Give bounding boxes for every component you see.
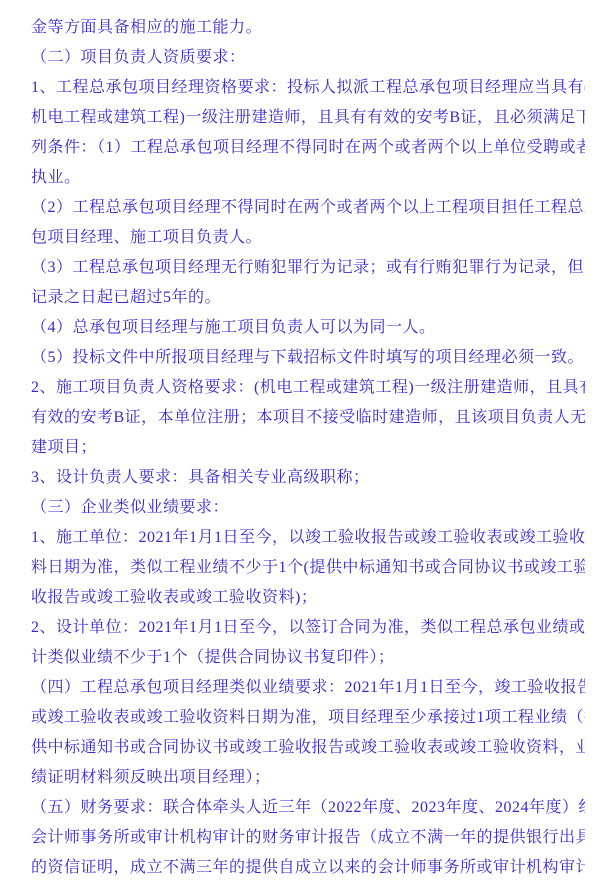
text-line: （5）投标文件中所报项目经理与下载招标文件时填写的项目经理必须一致。 (31, 343, 585, 373)
text-line: 记录之日起已超过5年的。 (31, 283, 585, 313)
document-page: 金等方面具备相应的施工能力。 （二）项目负责人资质要求： 1、工程总承包项目经理… (0, 0, 605, 895)
text-line: 包项目经理、施工项目负责人。 (31, 223, 585, 253)
text-line: 收报告或竣工验收表或竣工验收资料)； (31, 583, 585, 613)
text-line: 列条件：（1）工程总承包项目经理不得同时在两个或者两个以上单位受聘或者 (31, 133, 585, 163)
text-line: 1、工程总承包项目经理资格要求：投标人拟派工程总承包项目经理应当具有( (31, 73, 585, 103)
text-line: （三）企业类似业绩要求： (31, 493, 585, 523)
text-line: 金等方面具备相应的施工能力。 (31, 13, 585, 43)
text-line: 有效的安考B证，本单位注册；本项目不接受临时建造师，且该项目负责人无在 (31, 403, 585, 433)
text-line: 执业。 (31, 163, 585, 193)
text-line: （3）工程总承包项目经理无行贿犯罪行为记录；或有行贿犯罪行为记录，但自 (31, 253, 585, 283)
text-line: 供中标通知书或合同协议书或竣工验收报告或竣工验收表或竣工验收资料，业 (31, 733, 585, 763)
text-line: 3、设计负责人要求：具备相关专业高级职称； (31, 463, 585, 493)
text-line: （2）工程总承包项目经理不得同时在两个或者两个以上工程项目担任工程总承 (31, 193, 585, 223)
text-line: （四）工程总承包项目经理类似业绩要求：2021年1月1日至今，竣工验收报告 (31, 673, 585, 703)
text-line: 2、设计单位：2021年1月1日至今，以签订合同为准，类似工程总承包业绩或设 (31, 613, 585, 643)
text-line: 会计师事务所或审计机构审计的财务审计报告（成立不满一年的提供银行出具 (31, 823, 585, 853)
text-line: 料日期为准，类似工程业绩不少于1个(提供中标通知书或合同协议书或竣工验 (31, 553, 585, 583)
text-line: 计类似业绩不少于1个（提供合同协议书复印件）； (31, 643, 585, 673)
text-line: （二）项目负责人资质要求： (31, 43, 585, 73)
text-line: 的资信证明，成立不满三年的提供自成立以来的会计师事务所或审计机构审计 (31, 853, 585, 883)
text-line: 2、施工项目负责人资格要求：(机电工程或建筑工程)一级注册建造师，且具有 (31, 373, 585, 403)
text-line: 1、施工单位：2021年1月1日至今，以竣工验收报告或竣工验收表或竣工验收资 (31, 523, 585, 553)
text-line: 机电工程或建筑工程)一级注册建造师，且具有有效的安考B证，且必须满足下 (31, 103, 585, 133)
text-line: （五）财务要求：联合体牵头人近三年（2022年度、2023年度、2024年度）经 (31, 793, 585, 823)
text-line: 绩证明材料须反映出项目经理）； (31, 763, 585, 793)
text-line: （4）总承包项目经理与施工项目负责人可以为同一人。 (31, 313, 585, 343)
text-line: 建项目； (31, 433, 585, 463)
text-line: 或竣工验收表或竣工验收资料日期为准，项目经理至少承接过1项工程业绩（提 (31, 703, 585, 733)
